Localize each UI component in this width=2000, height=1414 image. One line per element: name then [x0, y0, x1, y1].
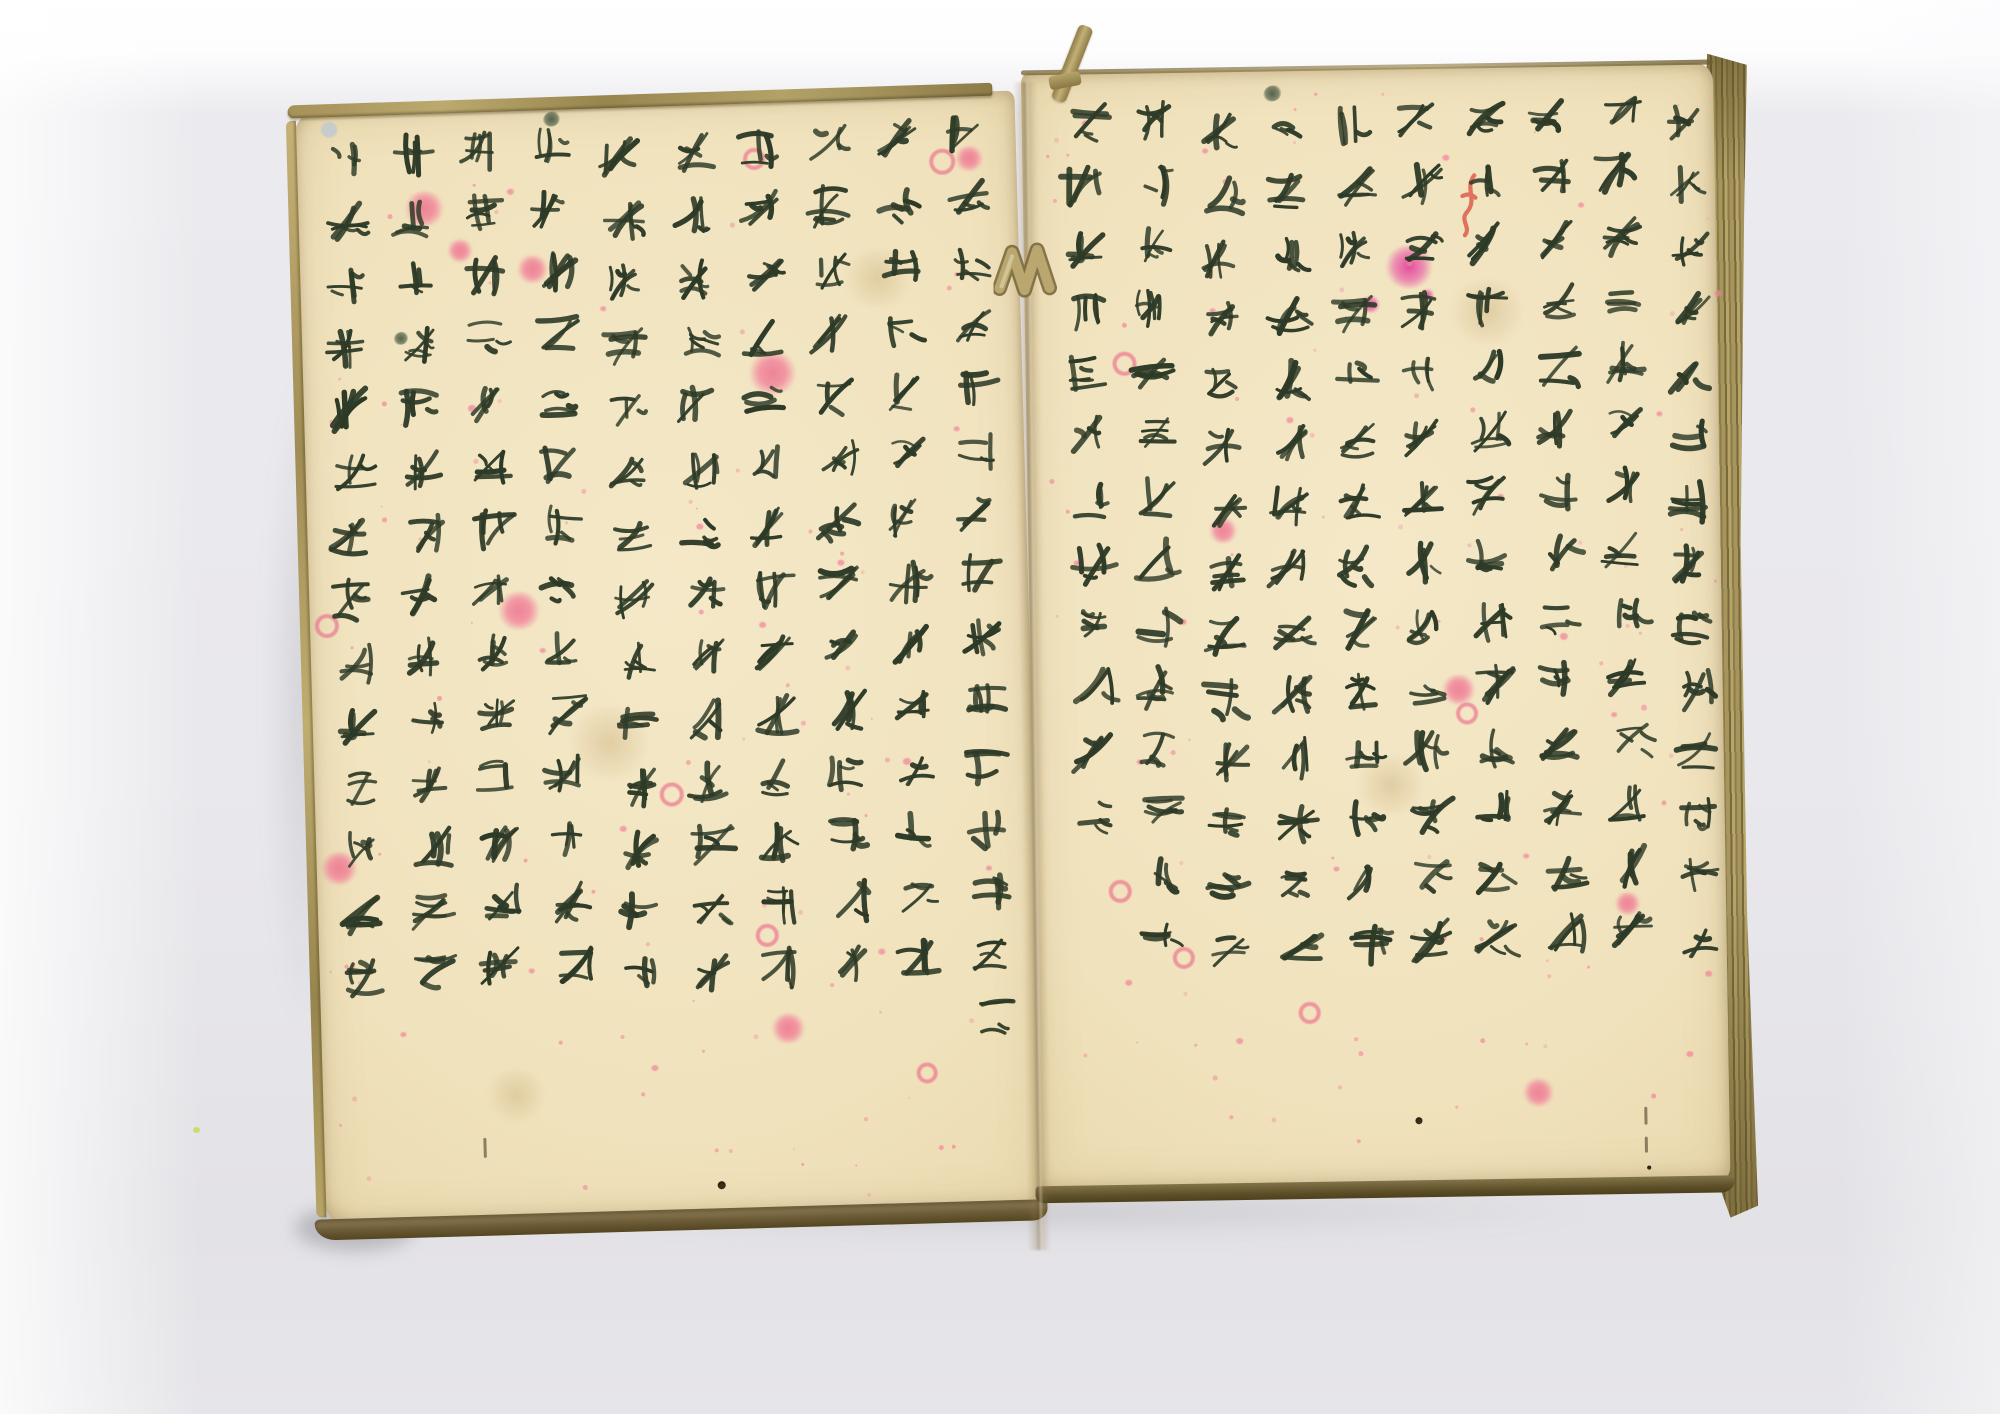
spot-hole	[1647, 1166, 1651, 1170]
manuscript-character	[1199, 359, 1246, 409]
manuscript-character	[1473, 850, 1517, 898]
manuscript-character	[685, 572, 726, 616]
manuscript-character	[610, 572, 659, 624]
manuscript-character	[814, 372, 861, 422]
manuscript-character	[1540, 530, 1587, 581]
manuscript-character	[673, 382, 717, 429]
manuscript-character	[1337, 479, 1381, 526]
manuscript-character	[1204, 548, 1250, 597]
text-column	[597, 132, 668, 1015]
manuscript-character	[541, 501, 584, 548]
manuscript-character	[828, 938, 875, 988]
manuscript-character	[320, 261, 365, 310]
manuscript-character	[748, 502, 794, 552]
manuscript-character	[820, 436, 863, 482]
manuscript-character	[1531, 403, 1581, 457]
manuscript-character	[475, 630, 520, 678]
manuscript-character	[529, 187, 572, 233]
manuscript-character	[1606, 590, 1651, 639]
manuscript-character	[1540, 844, 1590, 898]
manuscript-character	[607, 386, 652, 434]
manuscript-character	[336, 828, 381, 876]
manuscript-character	[892, 622, 934, 668]
manuscript-character	[472, 502, 520, 554]
manuscript-character	[1537, 467, 1585, 518]
manuscript-character	[1400, 476, 1445, 524]
manuscript-character	[340, 766, 382, 811]
manuscript-character	[1138, 852, 1183, 901]
manuscript-character	[1678, 917, 1725, 968]
manuscript-character	[1674, 666, 1720, 716]
manuscript-character	[1068, 289, 1111, 335]
manuscript-character	[1463, 93, 1510, 143]
manuscript-character	[1608, 840, 1658, 894]
manuscript-character	[959, 677, 1007, 729]
manuscript-character	[323, 196, 372, 249]
manuscript-character	[745, 252, 786, 297]
manuscript-character	[1601, 277, 1643, 323]
manuscript-character	[1610, 717, 1653, 764]
manuscript-character	[328, 574, 376, 626]
text-column	[1128, 95, 1188, 978]
manuscript-character	[405, 510, 449, 557]
manuscript-character	[1340, 667, 1387, 718]
manuscript-character	[884, 556, 932, 608]
paper-fleck	[583, 1185, 588, 1190]
manuscript-right-page	[1021, 63, 1731, 1195]
manuscript-character	[1070, 663, 1121, 718]
manuscript-character	[1265, 104, 1311, 154]
manuscript-character	[1072, 602, 1119, 653]
text-column	[1262, 104, 1322, 987]
paper-fleck	[855, 1164, 857, 1166]
manuscript-character	[1336, 417, 1379, 464]
manuscript-character	[1411, 854, 1456, 903]
paper-fleck	[1046, 155, 1049, 158]
manuscript-character	[1538, 656, 1586, 708]
text-column	[319, 134, 390, 1017]
manuscript-character	[1194, 106, 1242, 158]
manuscript-character	[1136, 727, 1179, 774]
text-column	[1061, 98, 1119, 855]
manuscript-left-page	[293, 91, 1046, 1230]
manuscript-character	[1346, 919, 1392, 968]
manuscript-character	[1593, 148, 1641, 200]
text-column	[667, 128, 738, 1011]
manuscript-character	[469, 568, 512, 615]
manuscript-character	[471, 442, 514, 489]
manuscript-character	[1343, 732, 1386, 779]
manuscript-character	[676, 505, 725, 558]
manuscript-character	[323, 383, 376, 440]
manuscript-character	[955, 362, 1003, 413]
manuscript-character	[542, 751, 590, 803]
manuscript-character	[478, 880, 527, 934]
manuscript-character	[1402, 726, 1451, 779]
manuscript-character	[1606, 403, 1648, 448]
manuscript-character	[1403, 663, 1452, 716]
manuscript-character	[1210, 738, 1255, 786]
manuscript-character	[807, 120, 853, 170]
manuscript-character	[600, 261, 641, 306]
manuscript-character	[1199, 672, 1249, 726]
paper-fleck	[864, 1117, 868, 1121]
manuscript-character	[620, 764, 663, 811]
manuscript-character	[1400, 601, 1446, 651]
manuscript-character	[1264, 168, 1309, 217]
text-column	[1396, 97, 1456, 980]
manuscript-character	[327, 513, 372, 561]
manuscript-character	[477, 943, 526, 996]
manuscript-character	[461, 189, 507, 238]
manuscript-character	[757, 756, 799, 802]
manuscript-character	[826, 812, 874, 864]
paper-fleck	[366, 1176, 371, 1181]
manuscript-character	[336, 701, 382, 751]
manuscript-character	[463, 250, 511, 303]
text-column	[528, 121, 599, 1004]
paper-fleck	[939, 1145, 945, 1151]
manuscript-character	[555, 940, 602, 990]
manuscript-character	[463, 378, 509, 427]
manuscript-character	[1275, 797, 1321, 847]
paper-fleck	[715, 1148, 719, 1152]
spot-dash	[483, 1138, 487, 1158]
manuscript-character	[1461, 156, 1508, 207]
manuscript-character	[1397, 349, 1444, 399]
manuscript-character	[410, 947, 460, 1001]
manuscript-character	[679, 444, 726, 494]
manuscript-character	[1670, 605, 1713, 651]
manuscript-character	[1130, 94, 1178, 146]
manuscript-character	[337, 639, 382, 687]
manuscript-character	[1207, 488, 1249, 533]
manuscript-character	[331, 449, 378, 500]
manuscript-character	[896, 933, 945, 986]
paper-fleck	[729, 1149, 733, 1153]
manuscript-character	[1059, 160, 1107, 212]
manuscript-character	[1276, 921, 1326, 975]
manuscript-character	[686, 635, 728, 681]
manuscript-character	[396, 384, 439, 430]
manuscript-character	[549, 877, 597, 928]
manuscript-character	[676, 317, 724, 369]
paper-fleck	[1271, 1117, 1276, 1122]
right-page-text-columns	[1061, 85, 1725, 1087]
manuscript-character	[1267, 231, 1311, 279]
manuscript-character	[388, 191, 438, 245]
manuscript-character	[616, 638, 659, 685]
manuscript-character	[1536, 280, 1581, 329]
text-column	[458, 125, 529, 1008]
manuscript-character	[747, 440, 791, 488]
manuscript-character	[895, 745, 943, 796]
manuscript-character	[957, 614, 1006, 666]
paper-fleck	[1229, 1115, 1233, 1119]
manuscript-character	[1068, 536, 1120, 592]
manuscript-character	[1138, 412, 1182, 459]
manuscript-character	[812, 496, 862, 550]
manuscript-character	[539, 561, 588, 614]
manuscript-character	[1468, 407, 1517, 459]
text-column	[1529, 90, 1589, 973]
manuscript-character	[1201, 611, 1248, 661]
manuscript-character	[1272, 421, 1315, 468]
manuscript-character	[387, 128, 438, 182]
spot-blob	[1522, 1078, 1555, 1106]
manuscript-character	[1134, 223, 1177, 270]
manuscript-character	[684, 757, 734, 810]
manuscript-character	[969, 867, 1015, 917]
text-column	[1329, 100, 1389, 983]
text-column	[1596, 86, 1656, 969]
manuscript-character	[1137, 913, 1185, 965]
manuscript-character	[603, 195, 651, 247]
manuscript-character	[896, 808, 943, 859]
manuscript-character	[1602, 88, 1645, 135]
manuscript-character	[1667, 476, 1714, 527]
manuscript-character	[875, 115, 924, 168]
text-column	[1663, 99, 1723, 982]
manuscript-character	[959, 550, 1008, 603]
manuscript-character	[874, 177, 923, 230]
manuscript-character	[683, 694, 731, 746]
manuscript-character	[1399, 538, 1446, 589]
manuscript-character	[1278, 862, 1320, 907]
paper-fleck	[801, 1163, 804, 1166]
manuscript-character	[890, 683, 935, 732]
manuscript-character	[1673, 729, 1720, 779]
manuscript-character	[1065, 412, 1114, 465]
manuscript-character	[1201, 297, 1246, 345]
spot-hole	[1415, 1117, 1422, 1124]
paper-fleck	[1357, 1139, 1361, 1143]
manuscript-character	[601, 320, 649, 372]
manuscript-character	[1064, 225, 1109, 274]
manuscript-character	[808, 307, 857, 360]
manuscript-character	[1265, 292, 1312, 344]
manuscript-character	[405, 700, 447, 746]
manuscript-character	[1206, 802, 1248, 848]
manuscript-character	[1341, 792, 1390, 845]
manuscript-character	[1199, 423, 1243, 471]
manuscript-character	[1609, 905, 1655, 955]
manuscript-character	[688, 947, 734, 997]
spot-dash	[1645, 1137, 1648, 1153]
manuscript-character	[336, 888, 386, 942]
scanner-bed	[0, 0, 2000, 1414]
manuscript-character	[971, 932, 1013, 978]
manuscript-character	[596, 132, 643, 183]
manuscript-character	[410, 885, 457, 936]
manuscript-character	[963, 739, 1012, 792]
manuscript-character	[1272, 610, 1314, 656]
paper-fleck	[1049, 479, 1054, 484]
manuscript-character	[1398, 285, 1446, 337]
paper-fleck	[1054, 138, 1059, 143]
manuscript-character	[604, 446, 652, 498]
manuscript-character	[464, 312, 514, 366]
manuscript-character	[952, 300, 998, 349]
manuscript-character	[458, 126, 503, 175]
manuscript-character	[1471, 786, 1518, 837]
manuscript-character	[1409, 788, 1458, 841]
manuscript-character	[1330, 229, 1372, 274]
manuscript-character	[544, 627, 587, 673]
manuscript-character	[1532, 155, 1574, 200]
manuscript-character	[1463, 217, 1514, 272]
text-column	[1463, 93, 1523, 976]
manuscript-character	[1203, 862, 1251, 914]
manuscript-character	[1266, 482, 1314, 533]
paper-fleck	[952, 1145, 956, 1149]
paper-fleck	[1651, 1094, 1656, 1099]
manuscript-character	[536, 247, 582, 297]
manuscript-character	[884, 370, 926, 416]
manuscript-character	[1473, 912, 1520, 963]
manuscript-character	[691, 886, 735, 933]
manuscript-character	[1064, 97, 1112, 149]
manuscript-character	[1334, 601, 1385, 656]
manuscript-character	[1401, 224, 1446, 273]
manuscript-character	[1140, 788, 1186, 838]
manuscript-character	[944, 113, 987, 160]
manuscript-character	[1331, 540, 1379, 592]
manuscript-book	[276, 49, 1800, 1259]
manuscript-character	[401, 633, 451, 686]
manuscript-character	[611, 509, 660, 562]
manuscript-character	[1196, 169, 1245, 222]
manuscript-character	[945, 171, 997, 227]
manuscript-character	[340, 952, 389, 1005]
manuscript-character	[737, 185, 786, 238]
manuscript-character	[1399, 413, 1444, 461]
manuscript-character	[1535, 595, 1580, 643]
manuscript-character	[1664, 350, 1711, 401]
manuscript-character	[1599, 527, 1646, 578]
manuscript-character	[752, 629, 795, 676]
manuscript-character	[814, 559, 863, 612]
debris-speck	[193, 1127, 200, 1133]
manuscript-character	[740, 314, 785, 362]
manuscript-character	[1536, 342, 1583, 393]
manuscript-character	[1474, 721, 1524, 775]
manuscript-character	[403, 447, 446, 494]
manuscript-character	[753, 815, 802, 868]
text-column	[875, 115, 946, 998]
manuscript-character	[393, 258, 437, 305]
manuscript-character	[1667, 415, 1711, 463]
manuscript-character	[1547, 910, 1592, 959]
manuscript-character	[1332, 163, 1378, 213]
manuscript-character	[1342, 857, 1386, 905]
paper-fleck	[339, 1124, 342, 1127]
manuscript-character	[960, 803, 1008, 854]
manuscript-character	[616, 700, 660, 748]
paper-fleck	[867, 1193, 871, 1197]
manuscript-character	[1604, 779, 1650, 828]
manuscript-character	[1474, 660, 1521, 711]
manuscript-character	[1469, 347, 1512, 394]
manuscript-character	[622, 951, 669, 1002]
manuscript-character	[1409, 914, 1458, 967]
manuscript-character	[323, 136, 366, 182]
manuscript-character	[1068, 476, 1115, 526]
paper-fleck	[1455, 1106, 1458, 1109]
manuscript-character	[753, 689, 801, 741]
manuscript-character	[1265, 355, 1313, 407]
manuscript-character	[760, 881, 804, 928]
manuscript-character	[1196, 234, 1241, 282]
manuscript-character	[1398, 157, 1449, 212]
manuscript-character	[322, 324, 368, 374]
manuscript-character	[900, 873, 943, 920]
manuscript-character	[736, 124, 782, 174]
manuscript-character	[879, 305, 926, 355]
manuscript-character	[672, 254, 719, 305]
paper-fleck	[1055, 615, 1058, 618]
manuscript-character	[1128, 346, 1176, 398]
manuscript-character	[396, 569, 448, 625]
manuscript-character	[411, 822, 460, 875]
manuscript-character	[830, 875, 877, 926]
manuscript-character	[1601, 337, 1648, 388]
paper-twist-fastener-icon	[993, 242, 1064, 305]
manuscript-character	[534, 307, 587, 363]
manuscript-character	[1129, 534, 1181, 590]
manuscript-character	[1067, 726, 1117, 781]
manuscript-character	[741, 376, 787, 425]
manuscript-character	[1331, 101, 1376, 149]
manuscript-character	[809, 247, 853, 295]
manuscript-character	[1465, 471, 1511, 521]
text-column	[806, 119, 877, 1002]
manuscript-character	[1543, 785, 1586, 831]
manuscript-character	[1671, 541, 1715, 588]
manuscript-character	[1472, 599, 1515, 645]
manuscript-character	[1269, 732, 1319, 786]
text-column	[736, 123, 807, 1006]
manuscript-character	[1135, 473, 1182, 523]
paper-fleck	[1338, 1085, 1342, 1089]
manuscript-character	[1664, 99, 1709, 148]
manuscript-character	[1677, 853, 1727, 907]
paper-fleck	[1053, 199, 1057, 203]
manuscript-character	[890, 433, 932, 478]
manuscript-character	[668, 127, 717, 180]
manuscript-character	[1538, 720, 1584, 769]
manuscript-character	[1396, 99, 1438, 144]
manuscript-character	[1133, 597, 1183, 651]
left-page-text-columns	[319, 107, 1018, 1117]
text-column	[1195, 107, 1255, 990]
text-column	[389, 130, 460, 1013]
manuscript-character	[1062, 351, 1108, 401]
manuscript-character	[546, 815, 592, 865]
manuscript-character	[953, 425, 1001, 477]
manuscript-character	[1129, 286, 1172, 333]
manuscript-character	[473, 753, 524, 808]
manuscript-character	[750, 563, 799, 616]
manuscript-character	[821, 622, 871, 676]
manuscript-character	[545, 687, 594, 740]
manuscript-character	[1270, 673, 1314, 720]
manuscript-character	[688, 819, 738, 873]
paper-fleck	[793, 1148, 795, 1150]
manuscript-character	[671, 193, 714, 240]
manuscript-character	[1665, 163, 1710, 212]
manuscript-character	[804, 181, 853, 234]
